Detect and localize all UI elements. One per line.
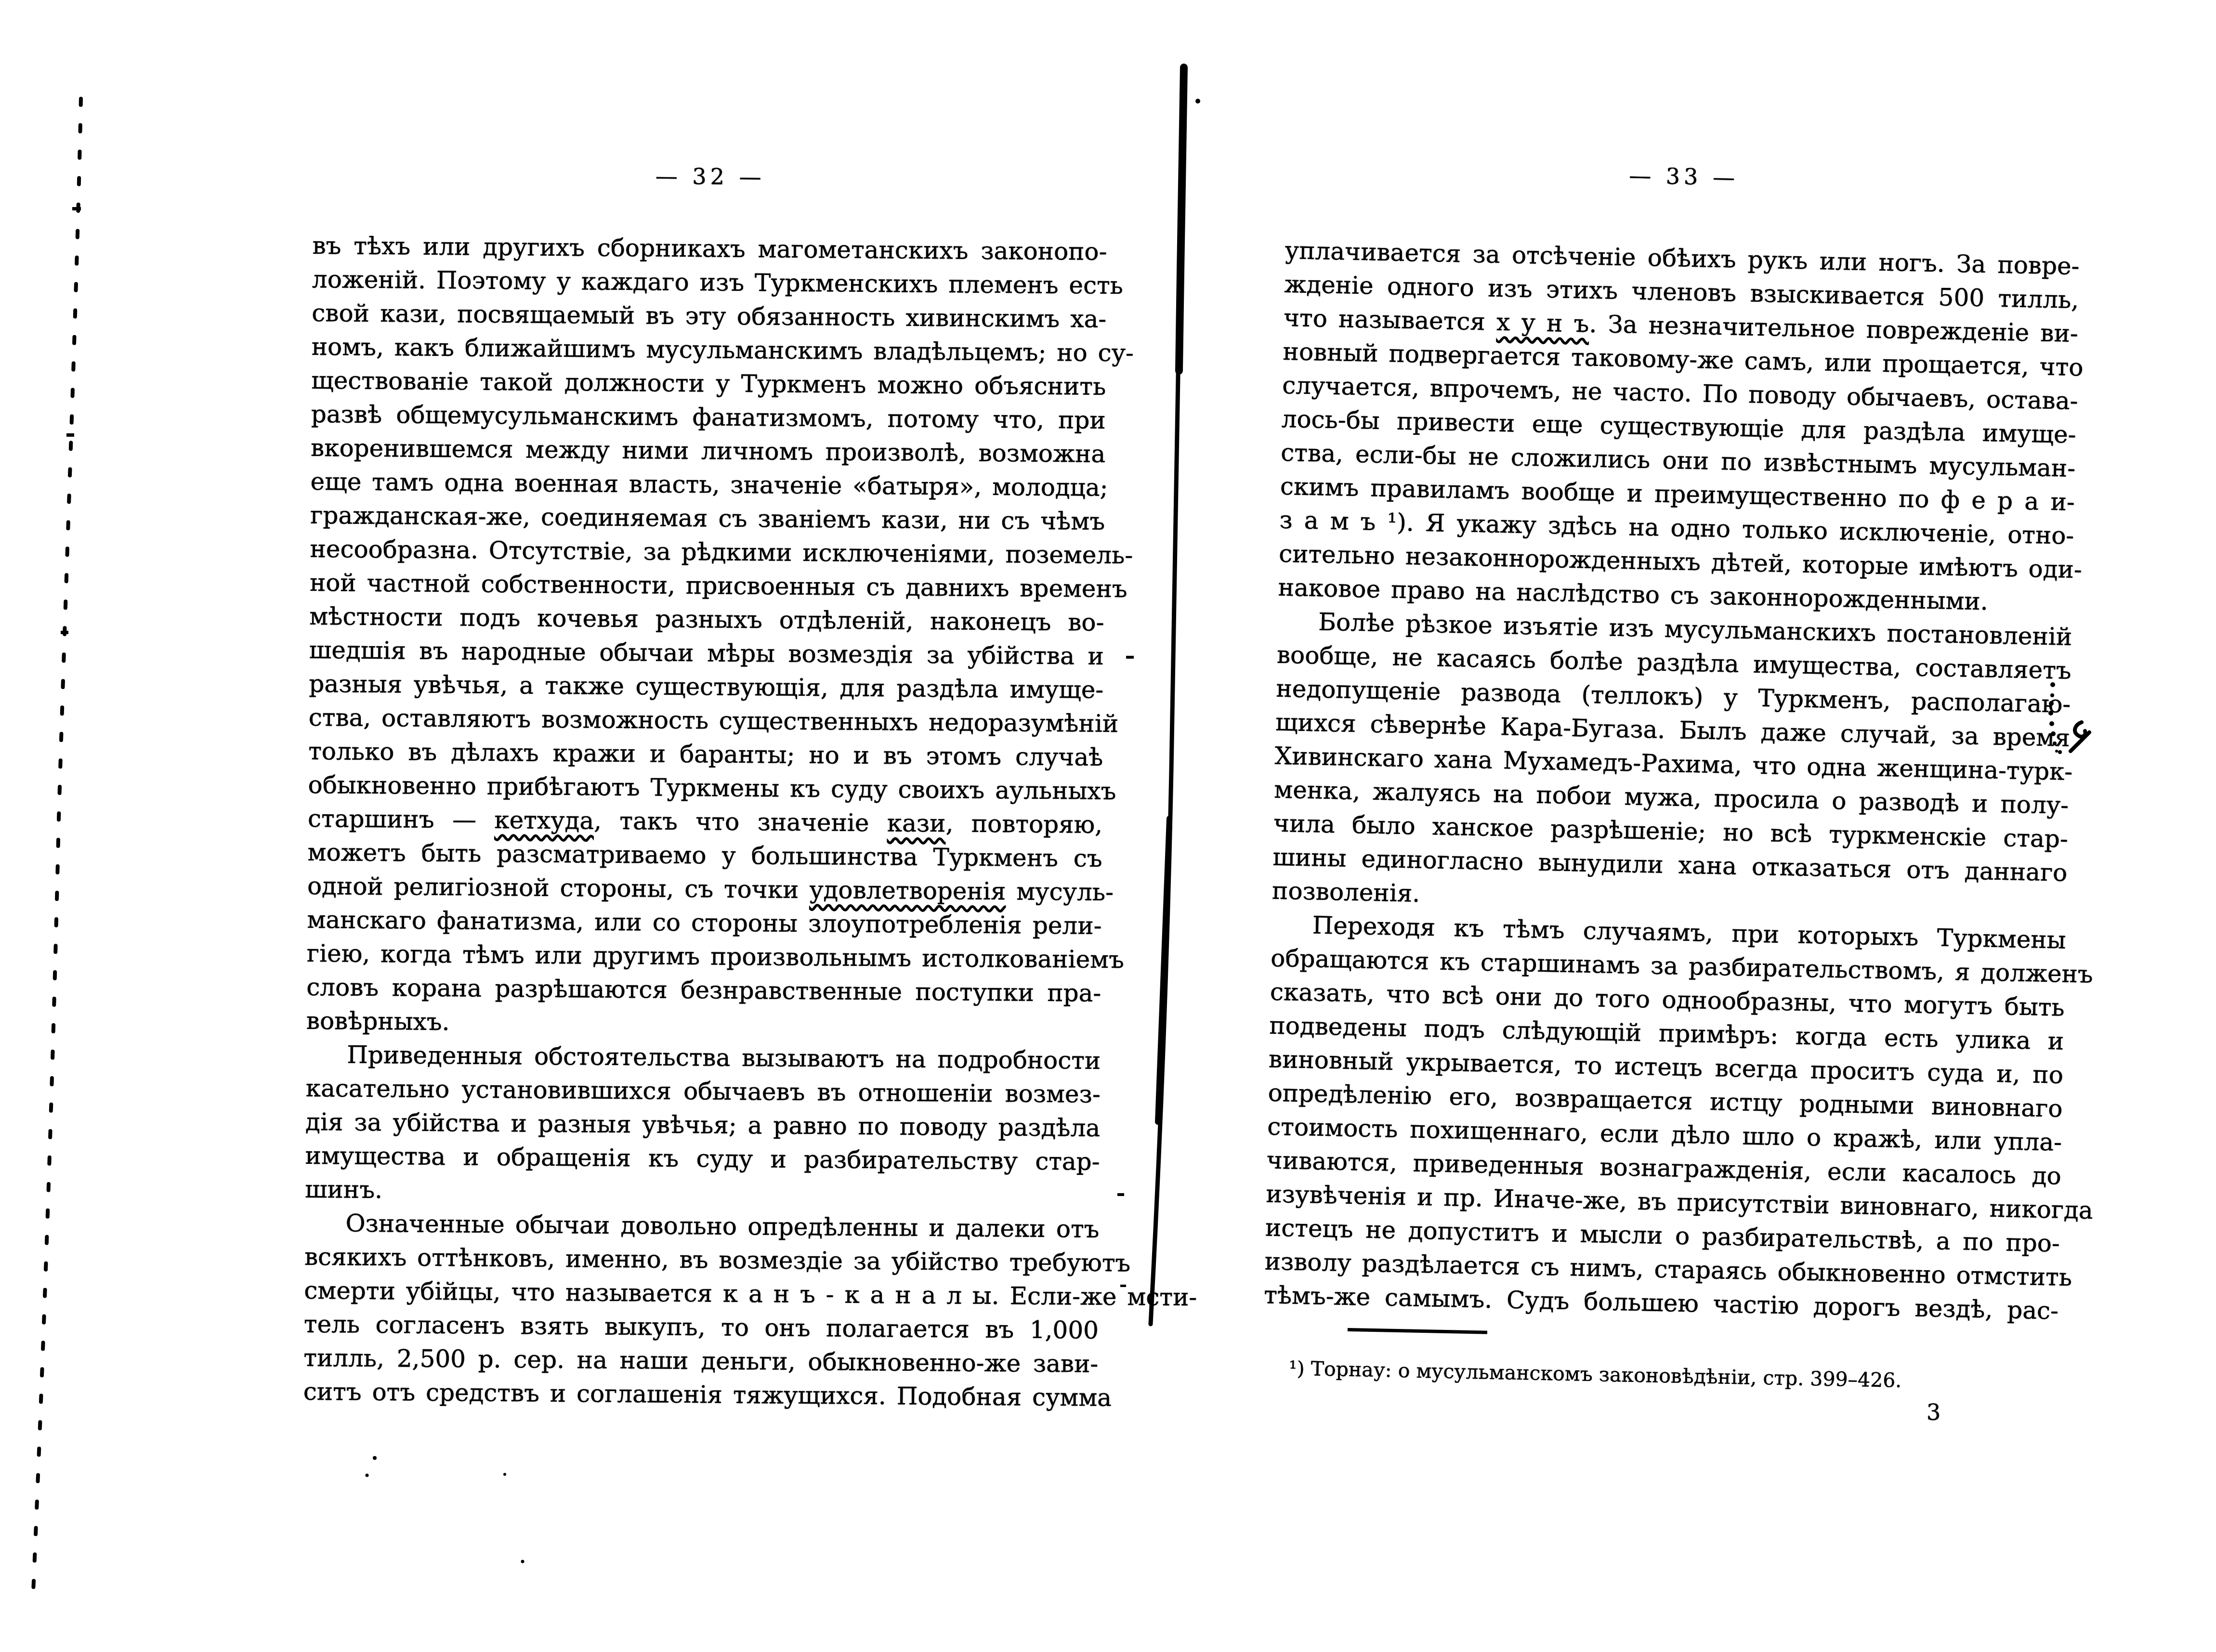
page-32-body-text: въ тѣхъ или другихъ сборникахъ магометан… bbox=[303, 229, 1107, 1415]
text-line: только въ дѣлахъ кражи и баранты; но и в… bbox=[308, 734, 1103, 774]
text-line: дія за убійства и разныя увѣчья; а равно… bbox=[305, 1105, 1100, 1145]
text-line: несообразна. Отсутствіе, за рѣдкими искл… bbox=[310, 532, 1104, 572]
text-line: ной частной собственности, присвоенныя с… bbox=[310, 566, 1104, 606]
paragraph: Означенные обычаи довольно опредѣленны и… bbox=[303, 1206, 1100, 1415]
underlined-term: удовлетворенія bbox=[809, 876, 1006, 905]
text-line: ществованіе такой должности у Туркменъ м… bbox=[311, 364, 1106, 403]
paragraph: Переходя къ тѣмъ случаямъ, при которыхъ … bbox=[1264, 908, 2067, 1328]
page-32: — 32 — въ тѣхъ или другихъ сборникахъ ма… bbox=[303, 156, 1108, 1415]
text-line: словъ корана разрѣшаются безнравственные… bbox=[306, 970, 1101, 1010]
text-line: ситъ отъ средствъ и соглашенія тяжущихся… bbox=[303, 1375, 1098, 1415]
paragraph: уплачивается за отсѣченіе обѣихъ рукъ ил… bbox=[1278, 234, 2080, 620]
page-number-right: — 33 — bbox=[1286, 152, 2082, 201]
underlined-term: кетхуда bbox=[494, 806, 594, 835]
text-line: шинъ. bbox=[305, 1172, 1100, 1212]
text-line: можетъ быть разсматриваемо у большинства… bbox=[307, 835, 1102, 875]
text-line: ложеній. Поэтому у каждаго изъ Туркменск… bbox=[312, 262, 1107, 302]
scanned-book-spread: — 32 — въ тѣхъ или другихъ сборникахъ ма… bbox=[0, 0, 2216, 1652]
text-line: Приведенныя обстоятельства вызываютъ на … bbox=[306, 1038, 1101, 1078]
page-edge-marks bbox=[33, 99, 81, 1603]
text-line: старшинъ — кетхуда, такъ что значеніе ка… bbox=[308, 802, 1102, 842]
text-line: одной религіозной стороны, съ точки удов… bbox=[307, 869, 1102, 909]
paragraph: Болѣе рѣзкое изъятіе изъ мусульманскихъ … bbox=[1272, 604, 2072, 924]
text-line: въ тѣхъ или другихъ сборникахъ магометан… bbox=[312, 229, 1107, 269]
gutter-shadow bbox=[1117, 67, 1200, 1324]
text-line: манскаго фанатизма, или со стороны злоуп… bbox=[307, 903, 1101, 943]
underlined-term: х у н ъ bbox=[1496, 308, 1589, 338]
footnote: ¹) Торнау: о мусульманскомъ законовѣдѣні… bbox=[1262, 1354, 2058, 1396]
text-line: касательно установившихся обычаевъ въ от… bbox=[306, 1071, 1101, 1111]
text-line: Означенные обычаи довольно опредѣленны и… bbox=[304, 1206, 1099, 1246]
text-line: разныя увѣчья, а также существующія, для… bbox=[309, 667, 1103, 707]
footnote-rule bbox=[1348, 1328, 1487, 1334]
underlined-term: кази bbox=[887, 809, 946, 837]
text-line: ства, оставляютъ возможность существенны… bbox=[309, 701, 1103, 741]
text-line: вовѣрныхъ. bbox=[306, 1004, 1101, 1044]
page-33: — 33 — уплачивается за отсѣченіе обѣихъ … bbox=[1262, 152, 2082, 1397]
ink-specks bbox=[366, 1456, 524, 1563]
text-line: развѣ общемусульманскимъ фанатизмомъ, по… bbox=[311, 397, 1106, 437]
text-line: всякихъ оттѣнковъ, именно, въ возмездіе … bbox=[304, 1240, 1099, 1280]
text-line: имущества и обращенія къ суду и разбират… bbox=[305, 1139, 1100, 1179]
paragraph: въ тѣхъ или другихъ сборникахъ магометан… bbox=[306, 229, 1107, 1044]
text-line: свой кази, посвящаемый въ эту обязанност… bbox=[312, 296, 1106, 336]
text-line: мѣстности подъ кочевья разныхъ отдѣленій… bbox=[309, 599, 1104, 639]
paragraph: Приведенныя обстоятельства вызываютъ на … bbox=[305, 1038, 1101, 1212]
text-line: номъ, какъ ближайшимъ мусульманскимъ вла… bbox=[312, 330, 1106, 370]
signature-mark: 3 bbox=[1927, 1400, 1941, 1424]
text-line: тель согласенъ взять выкупъ, то онъ пола… bbox=[304, 1307, 1099, 1347]
text-line: вкоренившемся между ними личномъ произво… bbox=[311, 431, 1105, 471]
text-line: обыкновенно прибѣгаютъ Туркмены къ суду … bbox=[308, 768, 1102, 808]
text-line: шедшія въ народные обычаи мѣры возмездія… bbox=[309, 633, 1104, 673]
text-line: смерти убійцы, что называется к а н ъ - … bbox=[304, 1274, 1099, 1314]
page-33-body-text: уплачивается за отсѣченіе обѣихъ рукъ ил… bbox=[1264, 234, 2080, 1328]
text-line: гражданская-же, соединяемая съ званіемъ … bbox=[310, 498, 1105, 538]
page-number-left: — 32 — bbox=[313, 156, 1107, 196]
text-line: еще тамъ одна военная власть, значеніе «… bbox=[310, 465, 1105, 505]
text-line: гіею, когда тѣмъ или другимъ произвольны… bbox=[307, 937, 1101, 976]
text-line: тилль, 2,500 р. сер. на наши деньги, обы… bbox=[303, 1341, 1098, 1381]
